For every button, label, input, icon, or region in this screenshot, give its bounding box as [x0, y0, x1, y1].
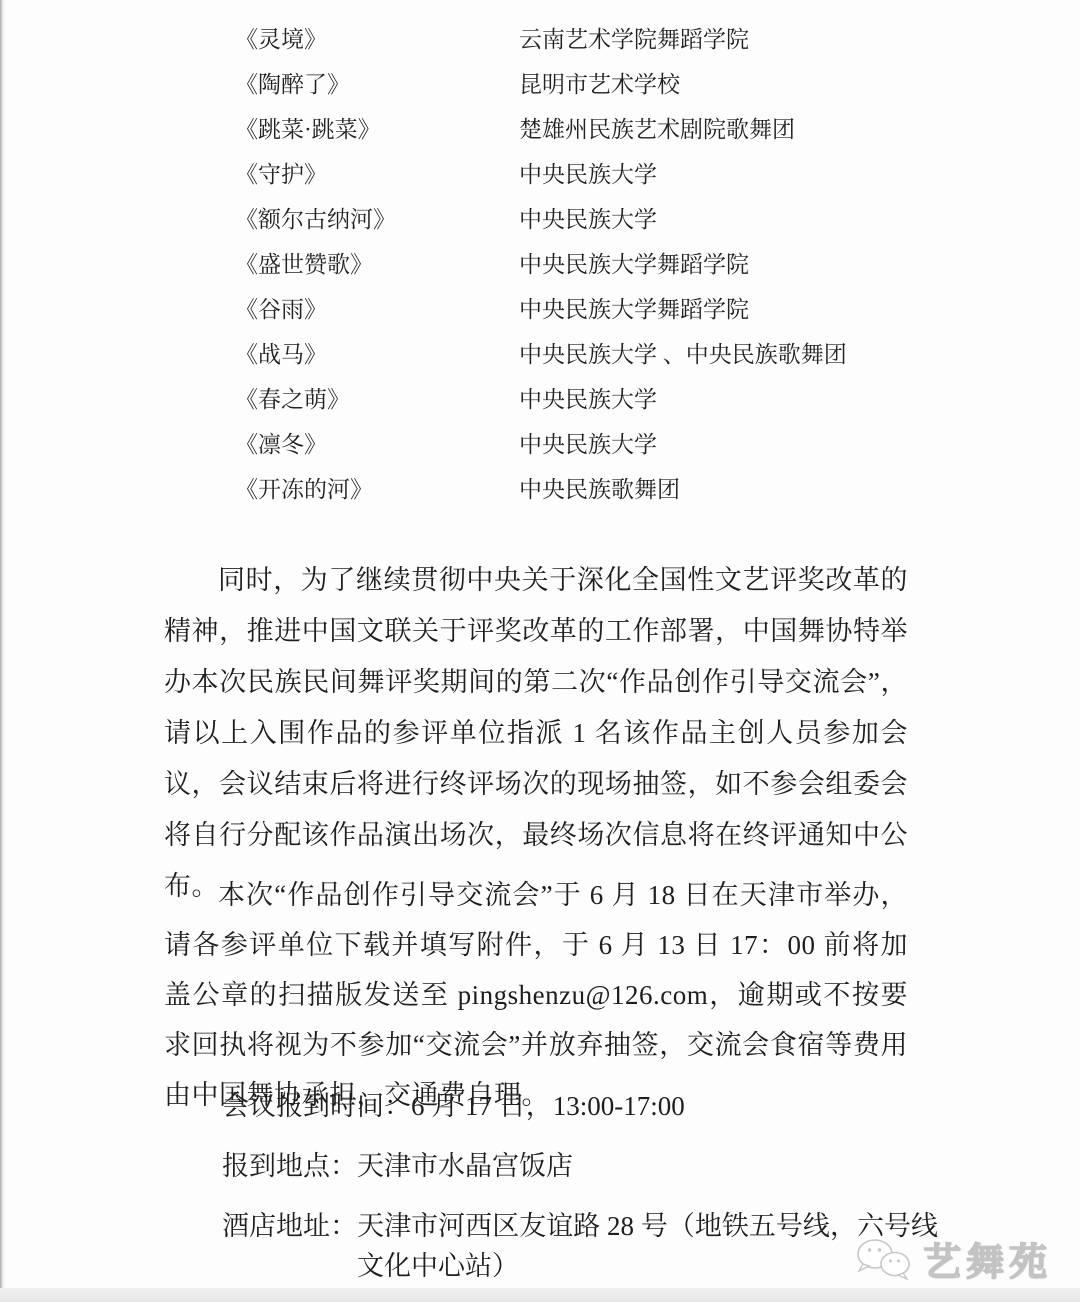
work-title: 《开冻的河》	[235, 476, 519, 504]
work-organization: 中央民族大学	[519, 161, 657, 189]
work-title: 《凛冬》	[235, 431, 519, 459]
work-row: 《灵境》 云南艺术学院舞蹈学院	[235, 26, 847, 54]
work-organization: 中央民族大学	[519, 206, 657, 234]
meeting-info-label: 会议报到时间：	[222, 1091, 411, 1121]
meeting-info-list: 会议报到时间：6 月 17 日，13:00-17:00 报到地点：天津市水晶宫饭…	[222, 1086, 938, 1302]
work-row: 《开冻的河》 中央民族歌舞团	[235, 476, 847, 504]
work-title: 《陶醉了》	[235, 71, 519, 99]
work-title: 《额尔古纳河》	[235, 206, 519, 234]
watermark-label: 艺舞苑	[923, 1231, 1052, 1286]
work-row: 《陶醉了》 昆明市艺术学校	[235, 71, 847, 99]
chat-bubbles-icon	[853, 1236, 915, 1282]
page-left-edge	[0, 0, 5, 1302]
work-organization: 中央民族大学 、中央民族歌舞团	[519, 341, 847, 369]
work-title: 《守护》	[235, 161, 519, 189]
work-row: 《额尔古纳河》 中央民族大学	[235, 206, 847, 234]
meeting-info-item: 酒店地址：天津市河西区友谊路 28 号（地铁五号线，六号线文化中心站）	[222, 1206, 938, 1286]
work-organization: 中央民族大学舞蹈学院	[519, 296, 749, 324]
work-organization: 中央民族大学舞蹈学院	[519, 251, 749, 279]
work-organization: 中央民族大学	[519, 431, 657, 459]
work-row: 《谷雨》 中央民族大学舞蹈学院	[235, 296, 847, 324]
work-organization: 云南艺术学院舞蹈学院	[519, 26, 749, 54]
work-organization: 楚雄州民族艺术剧院歌舞团	[519, 116, 795, 144]
works-list: 《灵境》 云南艺术学院舞蹈学院 《陶醉了》 昆明市艺术学校 《跳菜·跳菜》 楚雄…	[235, 26, 847, 521]
meeting-info-value: 天津市河西区友谊路 28 号（地铁五号线，六号线文化中心站）	[357, 1211, 938, 1281]
work-title: 《春之萌》	[235, 386, 519, 414]
meeting-info-label: 酒店地址：	[222, 1211, 357, 1241]
meeting-info-label: 报到地点：	[222, 1151, 357, 1181]
work-row: 《跳菜·跳菜》 楚雄州民族艺术剧院歌舞团	[235, 116, 847, 144]
work-row: 《守护》 中央民族大学	[235, 161, 847, 189]
work-row: 《战马》 中央民族大学 、中央民族歌舞团	[235, 341, 847, 369]
meeting-info-item: 报到地点：天津市水晶宫饭店	[222, 1146, 938, 1186]
watermark: 艺舞苑	[853, 1231, 1052, 1286]
work-row: 《盛世赞歌》 中央民族大学舞蹈学院	[235, 251, 847, 279]
paragraph-meeting-notice: 本次“作品创作引导交流会”于 6 月 18 日在天津市举办，请各参评单位下载并填…	[164, 870, 908, 1120]
work-organization: 昆明市艺术学校	[519, 71, 680, 99]
work-title: 《灵境》	[235, 26, 519, 54]
meeting-info-value: 天津市水晶宫饭店	[357, 1151, 573, 1181]
work-title: 《谷雨》	[235, 296, 519, 324]
paragraph-award-reform: 同时，为了继续贯彻中央关于深化全国性文艺评奖改革的精神，推进中国文联关于评奖改革…	[164, 555, 908, 912]
work-row: 《春之萌》 中央民族大学	[235, 386, 847, 414]
work-organization: 中央民族大学	[519, 386, 657, 414]
work-row: 《凛冬》 中央民族大学	[235, 431, 847, 459]
meeting-info-value: 6 月 17 日，13:00-17:00	[411, 1091, 685, 1121]
work-organization: 中央民族歌舞团	[519, 476, 680, 504]
work-title: 《跳菜·跳菜》	[235, 116, 519, 144]
work-title: 《战马》	[235, 341, 519, 369]
work-title: 《盛世赞歌》	[235, 251, 519, 279]
meeting-info-item: 会议报到时间：6 月 17 日，13:00-17:00	[222, 1086, 938, 1126]
